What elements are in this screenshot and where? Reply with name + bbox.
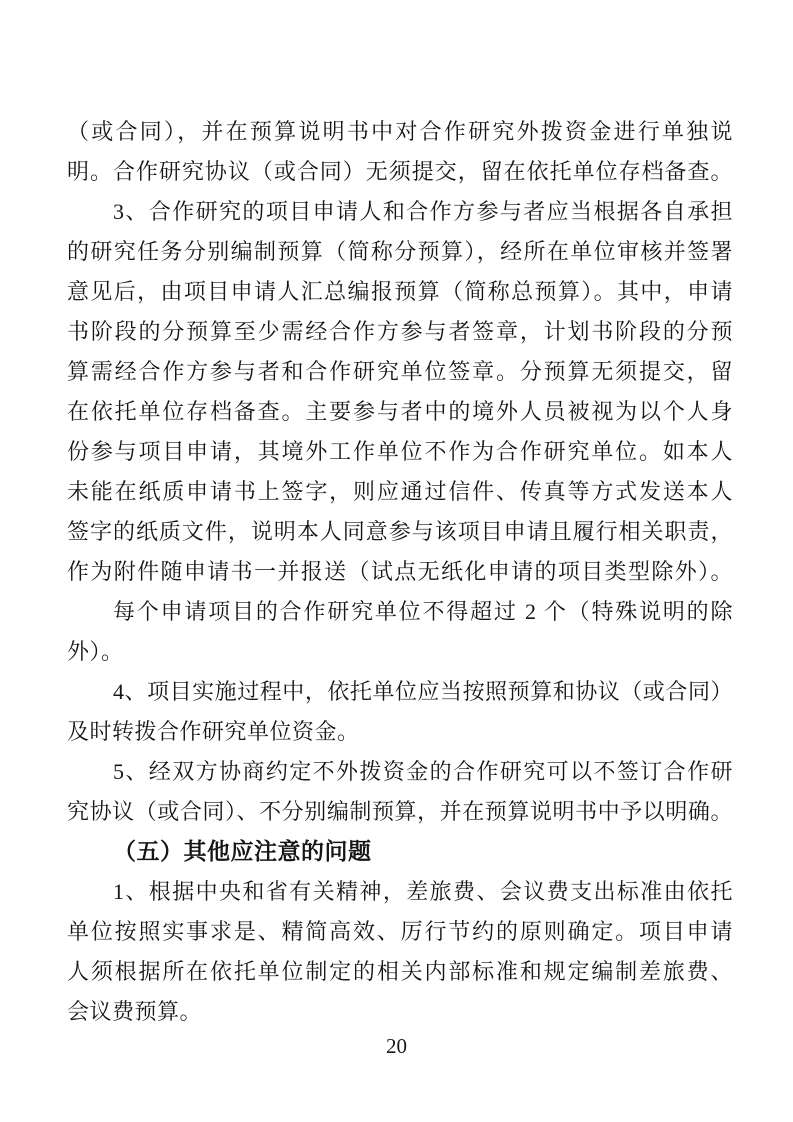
- section-heading: （五）其他应注意的问题: [67, 832, 733, 872]
- section-heading-text: （五）其他应注意的问题: [67, 832, 733, 872]
- text-block: （或合同），并在预算说明书中对合作研究外拨资金进行单独说 明。合作研究协议（或合…: [67, 112, 733, 1032]
- text-line: 单位按照实事求是、精简高效、厉行节约的原则确定。项目申请: [67, 912, 733, 952]
- text-line: 及时转拨合作研究单位资金。: [67, 712, 733, 752]
- text-line: 人须根据所在依托单位制定的相关内部标准和规定编制差旅费、: [67, 952, 733, 992]
- text-line: 份参与项目申请，其境外工作单位不作为合作研究单位。如本人: [67, 432, 733, 472]
- text-line: 算需经合作方参与者和合作研究单位签章。分预算无须提交，留: [67, 352, 733, 392]
- text-line: 究协议（或合同）、不分别编制预算，并在预算说明书中予以明确。: [67, 792, 733, 832]
- text-line: 作为附件随申请书一并报送（试点无纸化申请的项目类型除外）。: [67, 552, 733, 592]
- paragraph: 3、合作研究的项目申请人和合作方参与者应当根据各自承担 的研究任务分别编制预算（…: [67, 192, 733, 592]
- text-line: 在依托单位存档备查。主要参与者中的境外人员被视为以个人身: [67, 392, 733, 432]
- text-line: （或合同），并在预算说明书中对合作研究外拨资金进行单独说: [67, 112, 733, 152]
- page-number: 20: [0, 1031, 793, 1061]
- text-line: 外）。: [67, 632, 733, 672]
- paragraph: 4、项目实施过程中，依托单位应当按照预算和协议（或合同） 及时转拨合作研究单位资…: [67, 672, 733, 752]
- text-line: 1、根据中央和省有关精神，差旅费、会议费支出标准由依托: [67, 872, 733, 912]
- text-line: 4、项目实施过程中，依托单位应当按照预算和协议（或合同）: [67, 672, 733, 712]
- paragraph: （或合同），并在预算说明书中对合作研究外拨资金进行单独说 明。合作研究协议（或合…: [67, 112, 733, 192]
- paragraph: 每个申请项目的合作研究单位不得超过 2 个（特殊说明的除 外）。: [67, 592, 733, 672]
- text-line: 5、经双方协商约定不外拨资金的合作研究可以不签订合作研: [67, 752, 733, 792]
- text-line: 3、合作研究的项目申请人和合作方参与者应当根据各自承担: [67, 192, 733, 232]
- text-line: 意见后，由项目申请人汇总编报预算（简称总预算）。其中，申请: [67, 272, 733, 312]
- document-page: （或合同），并在预算说明书中对合作研究外拨资金进行单独说 明。合作研究协议（或合…: [0, 0, 793, 1122]
- text-line: 明。合作研究协议（或合同）无须提交，留在依托单位存档备查。: [67, 152, 733, 192]
- text-line: 书阶段的分预算至少需经合作方参与者签章，计划书阶段的分预: [67, 312, 733, 352]
- paragraph: 5、经双方协商约定不外拨资金的合作研究可以不签订合作研 究协议（或合同）、不分别…: [67, 752, 733, 832]
- text-line: 每个申请项目的合作研究单位不得超过 2 个（特殊说明的除: [67, 592, 733, 632]
- paragraph: 1、根据中央和省有关精神，差旅费、会议费支出标准由依托 单位按照实事求是、精简高…: [67, 872, 733, 1032]
- text-line: 的研究任务分别编制预算（简称分预算），经所在单位审核并签署: [67, 232, 733, 272]
- text-line: 会议费预算。: [67, 992, 733, 1032]
- text-line: 未能在纸质申请书上签字，则应通过信件、传真等方式发送本人: [67, 472, 733, 512]
- text-line: 签字的纸质文件，说明本人同意参与该项目申请且履行相关职责，: [67, 512, 733, 552]
